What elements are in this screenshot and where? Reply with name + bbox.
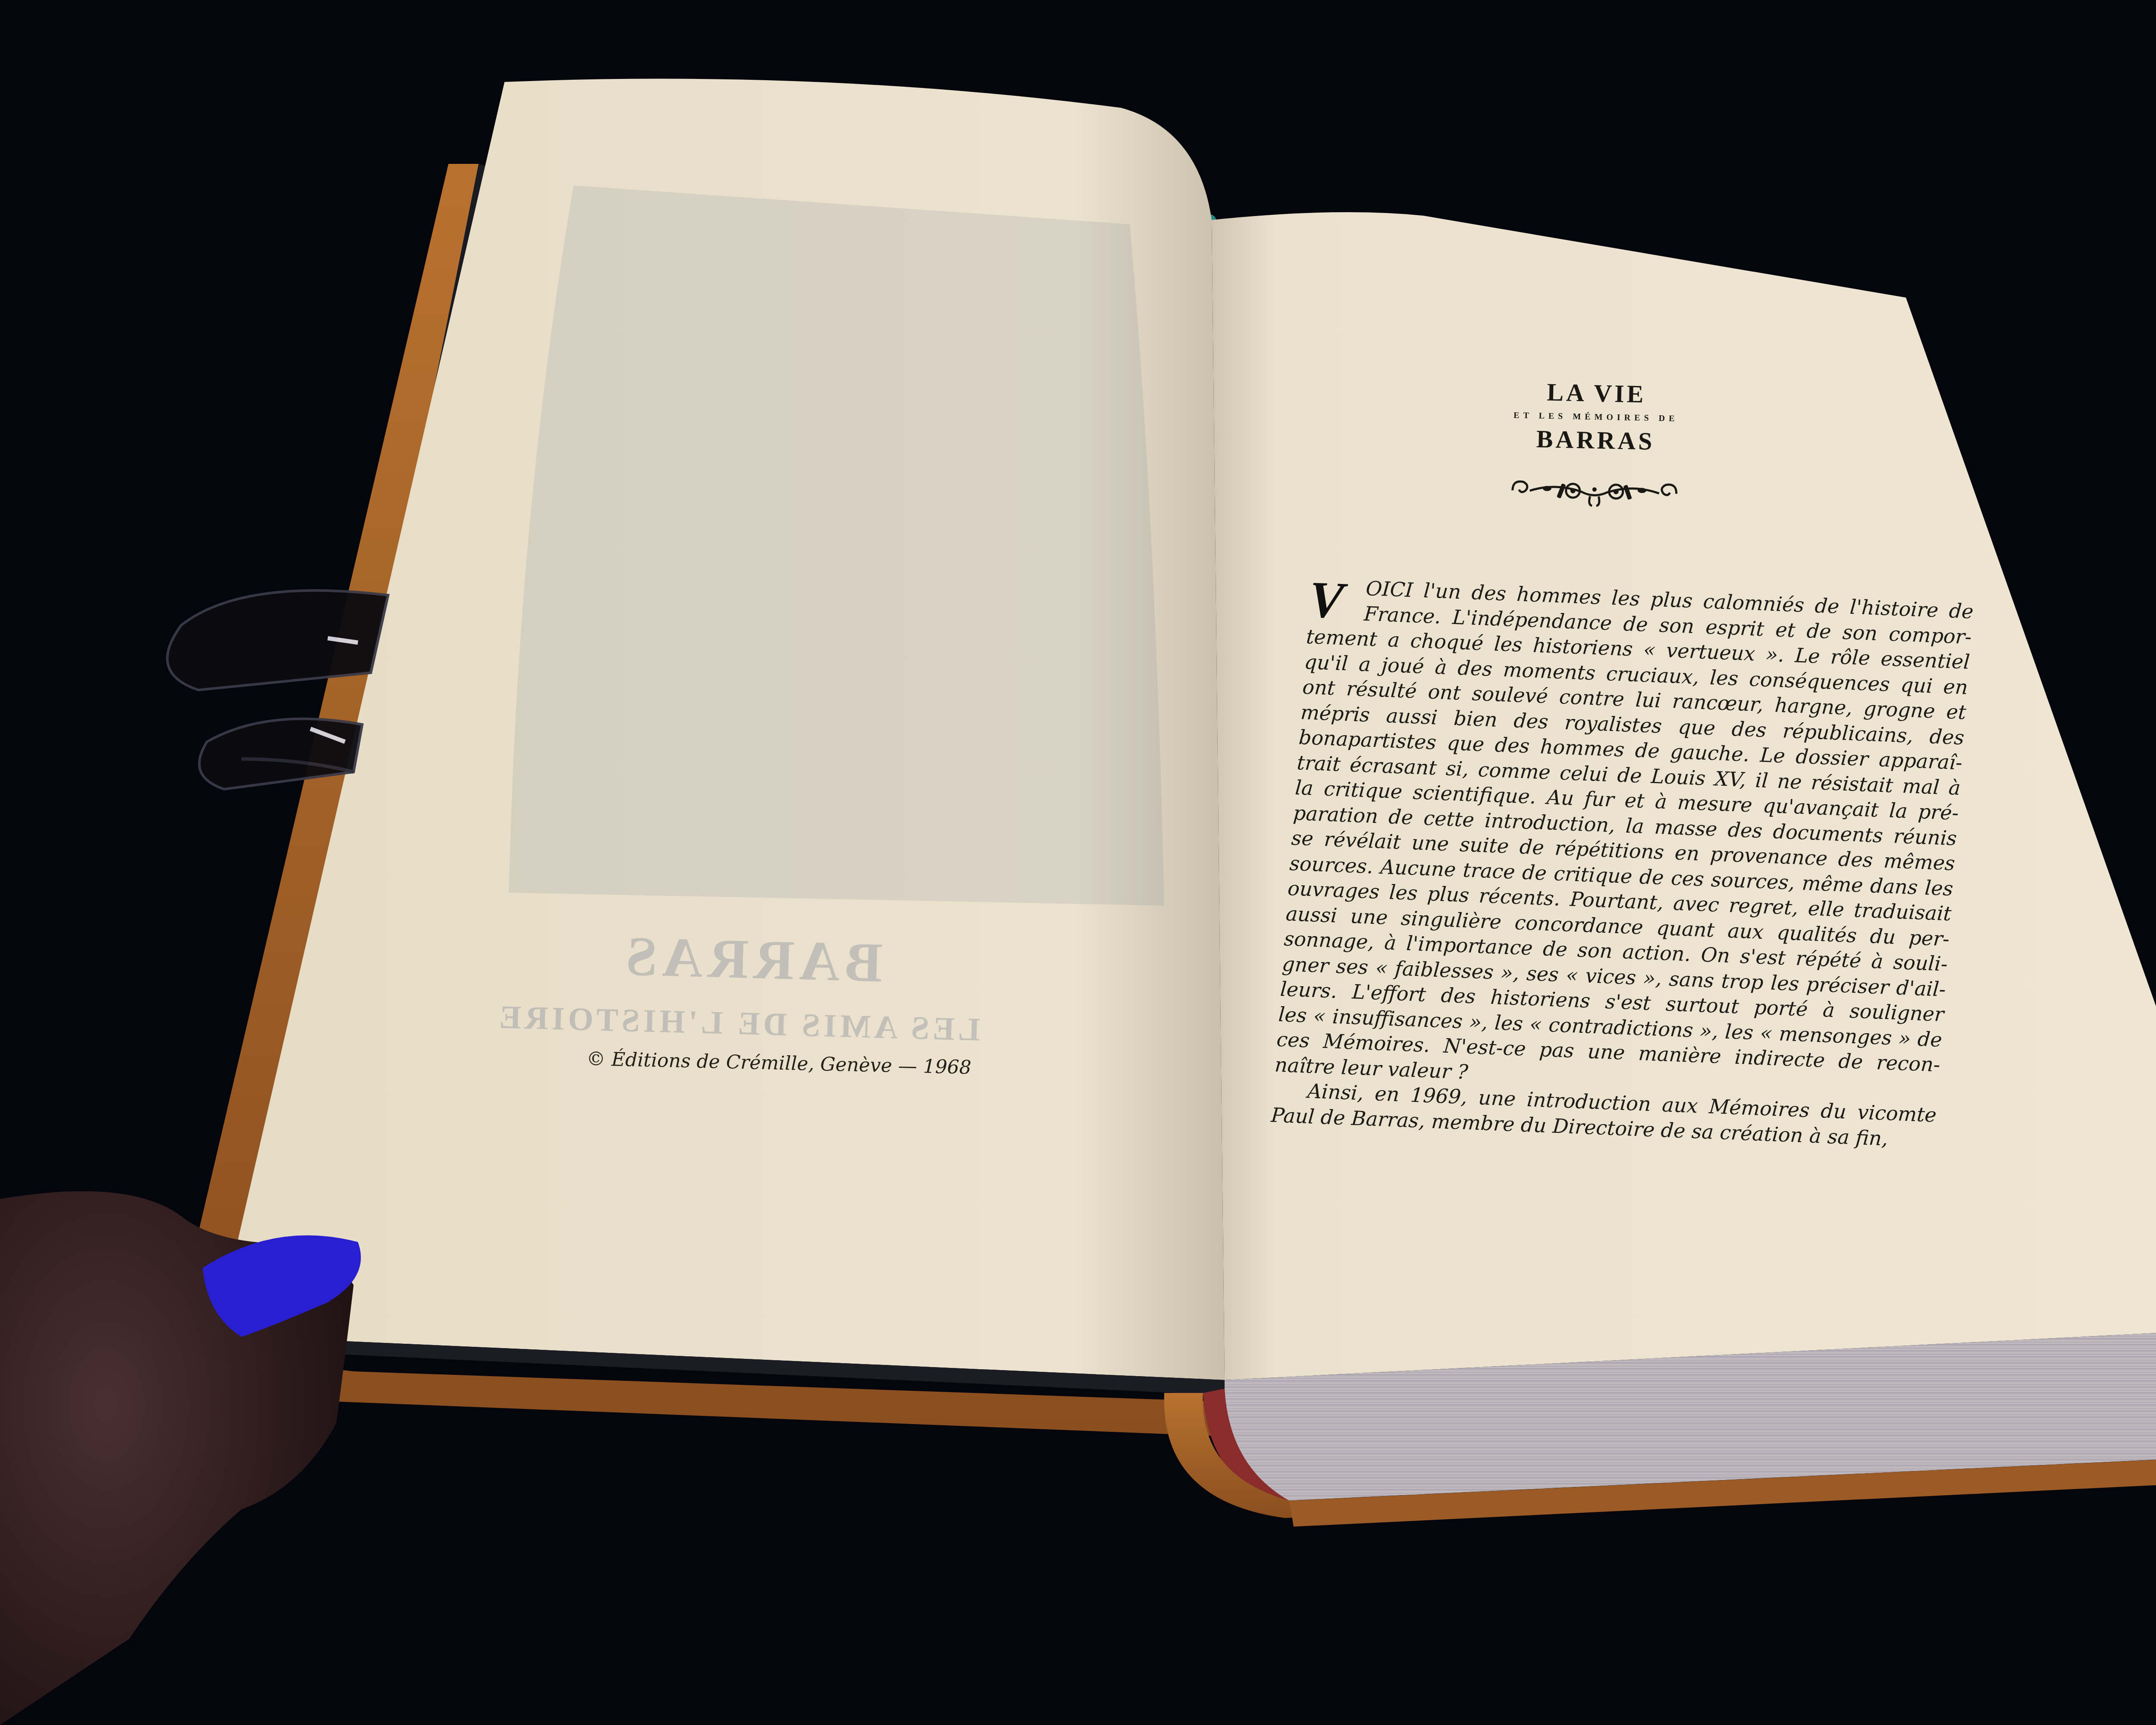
hand (0, 1191, 361, 1725)
book-scene (0, 0, 2156, 1725)
right-page (1212, 212, 2156, 1380)
